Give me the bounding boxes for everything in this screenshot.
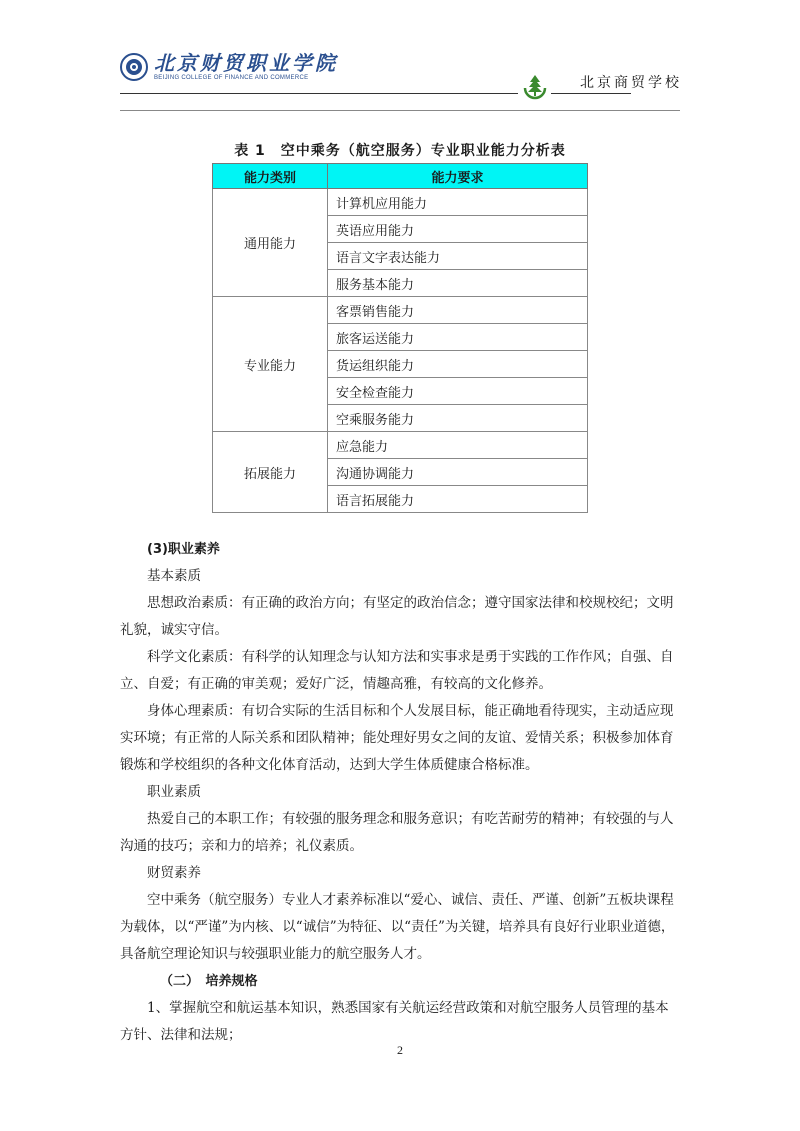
paragraph-spec-1: 1、掌握航空和航运基本知识，熟悉国家有关航运经营政策和对航空服务人员管理的基本方… xyxy=(120,995,680,1049)
table-row: 专业能力 客票销售能力 xyxy=(213,297,588,324)
requirement-cell: 旅客运送能力 xyxy=(328,324,588,351)
college-emblem-icon xyxy=(120,53,148,81)
header-rule-left xyxy=(120,93,518,94)
category-cell: 专业能力 xyxy=(213,297,328,432)
table-caption: 表 1 空中乘务（航空服务）专业职业能力分析表 xyxy=(0,140,800,160)
category-cell: 通用能力 xyxy=(213,189,328,297)
subheading-basic-quality: 基本素质 xyxy=(120,563,680,590)
header-rule-right xyxy=(551,93,631,94)
requirement-cell: 货运组织能力 xyxy=(328,351,588,378)
college-name-en: BEIJING COLLEGE OF FINANCE AND COMMERCE xyxy=(154,75,338,81)
document-body: (3)职业素养 基本素质 思想政治素质：有正确的政治方向；有坚定的政治信念；遵守… xyxy=(120,536,680,1049)
ability-analysis-table: 能力类别 能力要求 通用能力 计算机应用能力 英语应用能力 语言文字表达能力 服… xyxy=(212,163,588,513)
requirement-cell: 服务基本能力 xyxy=(328,270,588,297)
requirement-cell: 语言拓展能力 xyxy=(328,486,588,513)
page-header: 北京财贸职业学院 BEIJING COLLEGE OF FINANCE AND … xyxy=(0,0,800,110)
subheading-professional-quality: 职业素质 xyxy=(120,779,680,806)
requirement-cell: 语言文字表达能力 xyxy=(328,243,588,270)
paragraph-professional-quality: 热爱自己的本职工作；有较强的服务理念和服务意识；有吃苦耐劳的精神；有较强的与人沟… xyxy=(120,806,680,860)
column-header-requirement: 能力要求 xyxy=(328,164,588,189)
college-logo: 北京财贸职业学院 BEIJING COLLEGE OF FINANCE AND … xyxy=(120,52,338,81)
paragraph-finance-trade-literacy: 空中乘务（航空服务）专业人才素养标准以“爱心、诚信、责任、严谨、创新”五板块课程… xyxy=(120,887,680,968)
school-name: 北京商贸学校 xyxy=(580,72,682,92)
subheading-finance-trade-literacy: 财贸素养 xyxy=(120,860,680,887)
table-header-row: 能力类别 能力要求 xyxy=(213,164,588,189)
requirement-cell: 沟通协调能力 xyxy=(328,459,588,486)
requirement-cell: 计算机应用能力 xyxy=(328,189,588,216)
paragraph-physical-mental-quality: 身体心理素质：有切合实际的生活目标和个人发展目标，能正确地看待现实，主动适应现实… xyxy=(120,698,680,779)
table-row: 拓展能力 应急能力 xyxy=(213,432,588,459)
college-name-cn: 北京财贸职业学院 xyxy=(154,52,338,74)
requirement-cell: 空乘服务能力 xyxy=(328,405,588,432)
requirement-cell: 客票销售能力 xyxy=(328,297,588,324)
requirement-cell: 英语应用能力 xyxy=(328,216,588,243)
section-heading-professional-literacy: (3)职业素养 xyxy=(120,536,680,563)
tree-emblem-icon xyxy=(521,72,549,100)
paragraph-political-quality: 思想政治素质：有正确的政治方向；有坚定的政治信念；遵守国家法律和校规校纪；文明礼… xyxy=(120,590,680,644)
requirement-cell: 应急能力 xyxy=(328,432,588,459)
column-header-category: 能力类别 xyxy=(213,164,328,189)
header-divider xyxy=(120,110,680,111)
requirement-cell: 安全检查能力 xyxy=(328,378,588,405)
paragraph-science-culture-quality: 科学文化素质：有科学的认知理念与认知方法和实事求是勇于实践的工作作风；自强、自立… xyxy=(120,644,680,698)
section-heading-training-specs: （二） 培养规格 xyxy=(120,968,680,995)
table-row: 通用能力 计算机应用能力 xyxy=(213,189,588,216)
page-number: 2 xyxy=(0,1043,800,1058)
category-cell: 拓展能力 xyxy=(213,432,328,513)
